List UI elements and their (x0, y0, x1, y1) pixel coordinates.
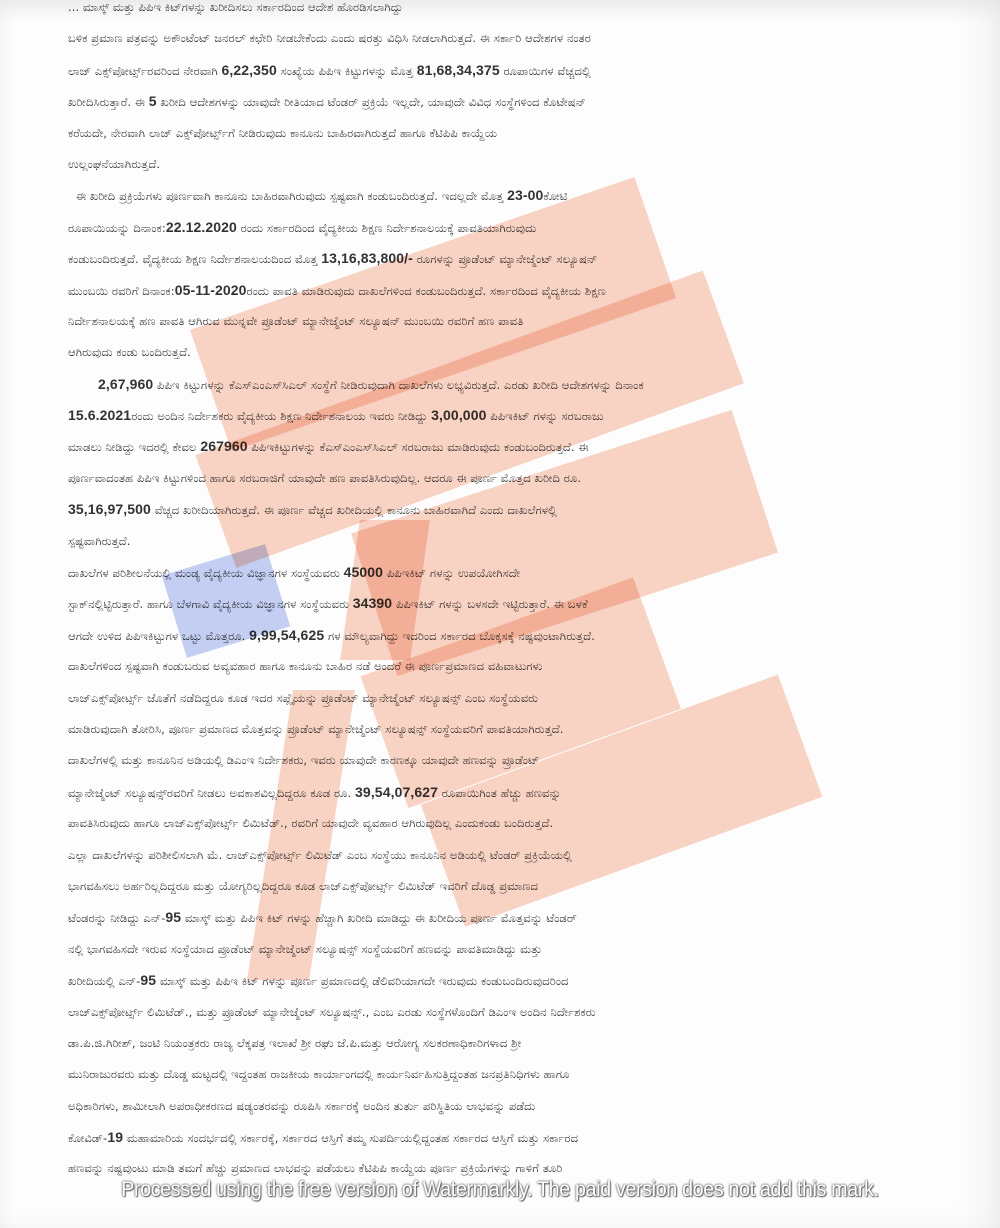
document-line: ಸ್ಪಷ್ಟವಾಗಿರುತ್ತದೆ. (68, 526, 928, 557)
document-line: ಪೂರ್ಣವಾದಂತಹ ಪಿಪಿಇ ಕಿಟ್ಟುಗಳಿಂದ ಹಾಗೂ ಸರಬರಾ… (68, 463, 928, 494)
document-line: ಲಾಜ್ ಎಕ್ಸ್‌ಪೋರ್ಟ್ಸ್‌ರವರಿಂದ ನೇರವಾಗಿ 6,22,… (68, 55, 928, 86)
document-line: ಭಾಗವಹಿಸಲು ಅರ್ಹರಿಲ್ಲದಿದ್ದರೂ ಮತ್ತು ಯೋಗ್ಯರಿ… (68, 871, 928, 902)
document-line: ಪಾವತಿಸಿರುವುದು ಹಾಗೂ ಲಾಜ್‌ಎಕ್ಸ್‌ಪೋರ್ಟ್ಸ್ ಲ… (68, 808, 928, 839)
document-line: ಸ್ಟಾಕ್‌ನಲ್ಲಿಟ್ಟಿರುತ್ತಾರೆ. ಹಾಗೂ ಬೆಳಗಾವಿ ವ… (68, 588, 928, 619)
document-line: ಮಾಡಲು ನೀಡಿದ್ದು ಇದರಲ್ಲಿ ಕೇವಲ 267960 ಪಿಪಿಇ… (68, 431, 928, 462)
document-line: ಎಲ್ಲಾ ದಾಖಲೆಗಳನ್ನು ಪರಿಶೀಲಿಸಲಾಗಿ ಮೆ. ಲಾಜ್‌… (68, 840, 928, 871)
document-line: ದಾಖಲೆಗಳ ಪರಿಶೀಲನೆಯಲ್ಲಿ ಮಂಡ್ಯ ವೈದ್ಯಕೀಯ ವಿಜ… (68, 557, 928, 588)
document-line: ಲಾಜ್‌ಎಕ್ಸ್‌ಪೋರ್ಟ್ಸ್ ಜೊತೆಗೆ ನಡೆದಿದ್ದರೂ ಕೂ… (68, 683, 928, 714)
document-line: ಮ್ಯಾನೇಜ್ಮೆಂಟ್ ಸಲ್ಯೂಷನ್ಸ್‌ರವರಿಗೆ ನೀಡಲು ಅವ… (68, 777, 928, 808)
scanned-document-page: ... ಮಾಸ್ಕ್ ಮತ್ತು ಪಿಪಿಇ ಕಿಟ್‌ಗಳನ್ನು ಖರೀದಿ… (0, 0, 1000, 1228)
document-line: ಡಾ.ಪಿ.ಜಿ.ಗಿರೀಶ್, ಜಂಟಿ ನಿಯಂತ್ರಕರು ರಾಜ್ಯ ಲ… (68, 1028, 928, 1059)
document-line: ಕಂಡುಬಂದಿರುತ್ತದೆ. ವೈದ್ಯಕೀಯ ಶಿಕ್ಷಣ ನಿರ್ದೇಶ… (68, 243, 928, 274)
document-line: ರೂಪಾಯಿಯನ್ನು ದಿನಾಂಕ:22.12.2020 ರಂದು ಸರ್ಕಾ… (68, 212, 928, 243)
document-line: ... ಮಾಸ್ಕ್ ಮತ್ತು ಪಿಪಿಇ ಕಿಟ್‌ಗಳನ್ನು ಖರೀದಿ… (68, 0, 928, 23)
document-line: 15.6.2021ರಂದು ಅಂದಿನ ನಿರ್ದೇಶಕರು ವೈದ್ಯಕೀಯ … (68, 400, 928, 431)
document-line: ಆಗದೇ ಉಳಿದ ಪಿಪಿಇಕಿಟ್ಟುಗಳ ಒಟ್ಟು ಮೊತ್ತರೂ. 9… (68, 620, 928, 651)
document-line: ಉಲ್ಲಂಘನೆಯಾಗಿರುತ್ತದೆ. (68, 149, 928, 180)
document-line: ಖರೀದಿಸಿರುತ್ತಾರೆ. ಈ 5 ಖರೀದಿ ಆದೇಶಗಳನ್ನು ಯಾ… (68, 86, 928, 117)
document-line: ದಾಖಲೆಗಳಲ್ಲಿ ಮತ್ತು ಕಾನೂನಿನ ಅಡಿಯಲ್ಲಿ ಡಿಎಂಇ… (68, 745, 928, 776)
document-line: ಲಾಜ್‌ಎಕ್ಸ್‌ಪೋರ್ಟ್ಸ್ ಲಿಮಿಟೆಡ್., ಮತ್ತು ಪ್ರ… (68, 997, 928, 1028)
document-line: ಮುನಿರಾಜುರವರು ಮತ್ತು ದೊಡ್ಡ ಮಟ್ಟದಲ್ಲಿ ಇದ್ದಂ… (68, 1059, 928, 1090)
document-line: ನಲ್ಲಿ ಭಾಗವಹಿಸದೇ ಇರುವ ಸಂಸ್ಥೆಯಾದ ಪ್ರೂಡೆಂಟ್… (68, 934, 928, 965)
document-line: 2,67,960 ಪಿಪಿಇ ಕಿಟ್ಟುಗಳನ್ನು ಕೆಎಸ್‌ಎಂಎಸ್‌… (68, 369, 928, 400)
document-line: 35,16,97,500 ವೆಚ್ಚದ ಖರೀದಿಯಾಗಿರುತ್ತದೆ. ಈ … (68, 494, 928, 525)
document-line: ಮಾಡಿರುವುದಾಗಿ ತೋರಿಸಿ, ಪೂರ್ಣ ಪ್ರಮಾಣದ ಮೊತ್ತ… (68, 714, 928, 745)
document-line: ಕೋವಿಡ್-19 ಮಹಾಮಾರಿಯ ಸಂದರ್ಭದಲ್ಲಿ ಸರ್ಕಾರಕ್ಕ… (68, 1122, 928, 1153)
document-line: ಈ ಖರೀದಿ ಪ್ರಕ್ರಿಯೆಗಳು ಪೂರ್ಣವಾಗಿ ಕಾನೂನು ಬಾ… (68, 180, 928, 211)
watermark-text: Processed using the free version of Wate… (35, 1178, 965, 1202)
document-line: ನಿರ್ದೇಶನಾಲಯಕ್ಕೆ ಹಣ ಪಾವತಿ ಆಗಿರುವ ಮುನ್ನವೇ … (68, 306, 928, 337)
document-line: ದಾಖಲೆಗಳಿಂದ ಸ್ಪಷ್ಟವಾಗಿ ಕಂಡುಬರುವ ಅವ್ಯವಹಾರ … (68, 651, 928, 682)
document-body: ... ಮಾಸ್ಕ್ ಮತ್ತು ಪಿಪಿಇ ಕಿಟ್‌ಗಳನ್ನು ಖರೀದಿ… (68, 0, 928, 1185)
document-line: ಮುಂಬಯಿ ರವರಿಗೆ ದಿನಾಂಕ:05-11-2020ರಂದು ಪಾವತ… (68, 275, 928, 306)
document-line: ಟೆಂಡರನ್ನು ನೀಡಿದ್ದು ಎನ್-95 ಮಾಸ್ಕ್ ಮತ್ತು ಪ… (68, 902, 928, 933)
document-line: ಬಳಿಕ ಪ್ರಮಾಣ ಪತ್ರವನ್ನು ಅಕೌಂಟೆಂಟ್ ಜನರಲ್ ಕಛ… (68, 23, 928, 54)
document-line: ಆಗಿರುವುದು ಕಂಡು ಬಂದಿರುತ್ತದೆ. (68, 337, 928, 368)
document-line: ಖರೀದಿಯಲ್ಲಿ ಎನ್-95 ಮಾಸ್ಕ್ ಮತ್ತು ಪಿಪಿಇ ಕಿಟ… (68, 965, 928, 996)
document-line: ಕರೆಯದೇ, ನೇರವಾಗಿ ಲಾಜ್ ಎಕ್ಸ್‌ಪೋರ್ಟ್ಸ್‌ಗೆ ನ… (68, 118, 928, 149)
document-line: ಅಧಿಕಾರಿಗಳು, ಶಾಮೀಲಾಗಿ ಅಪರಾಧೀಕರಣದ ಷಡ್ಯಂತರವ… (68, 1091, 928, 1122)
